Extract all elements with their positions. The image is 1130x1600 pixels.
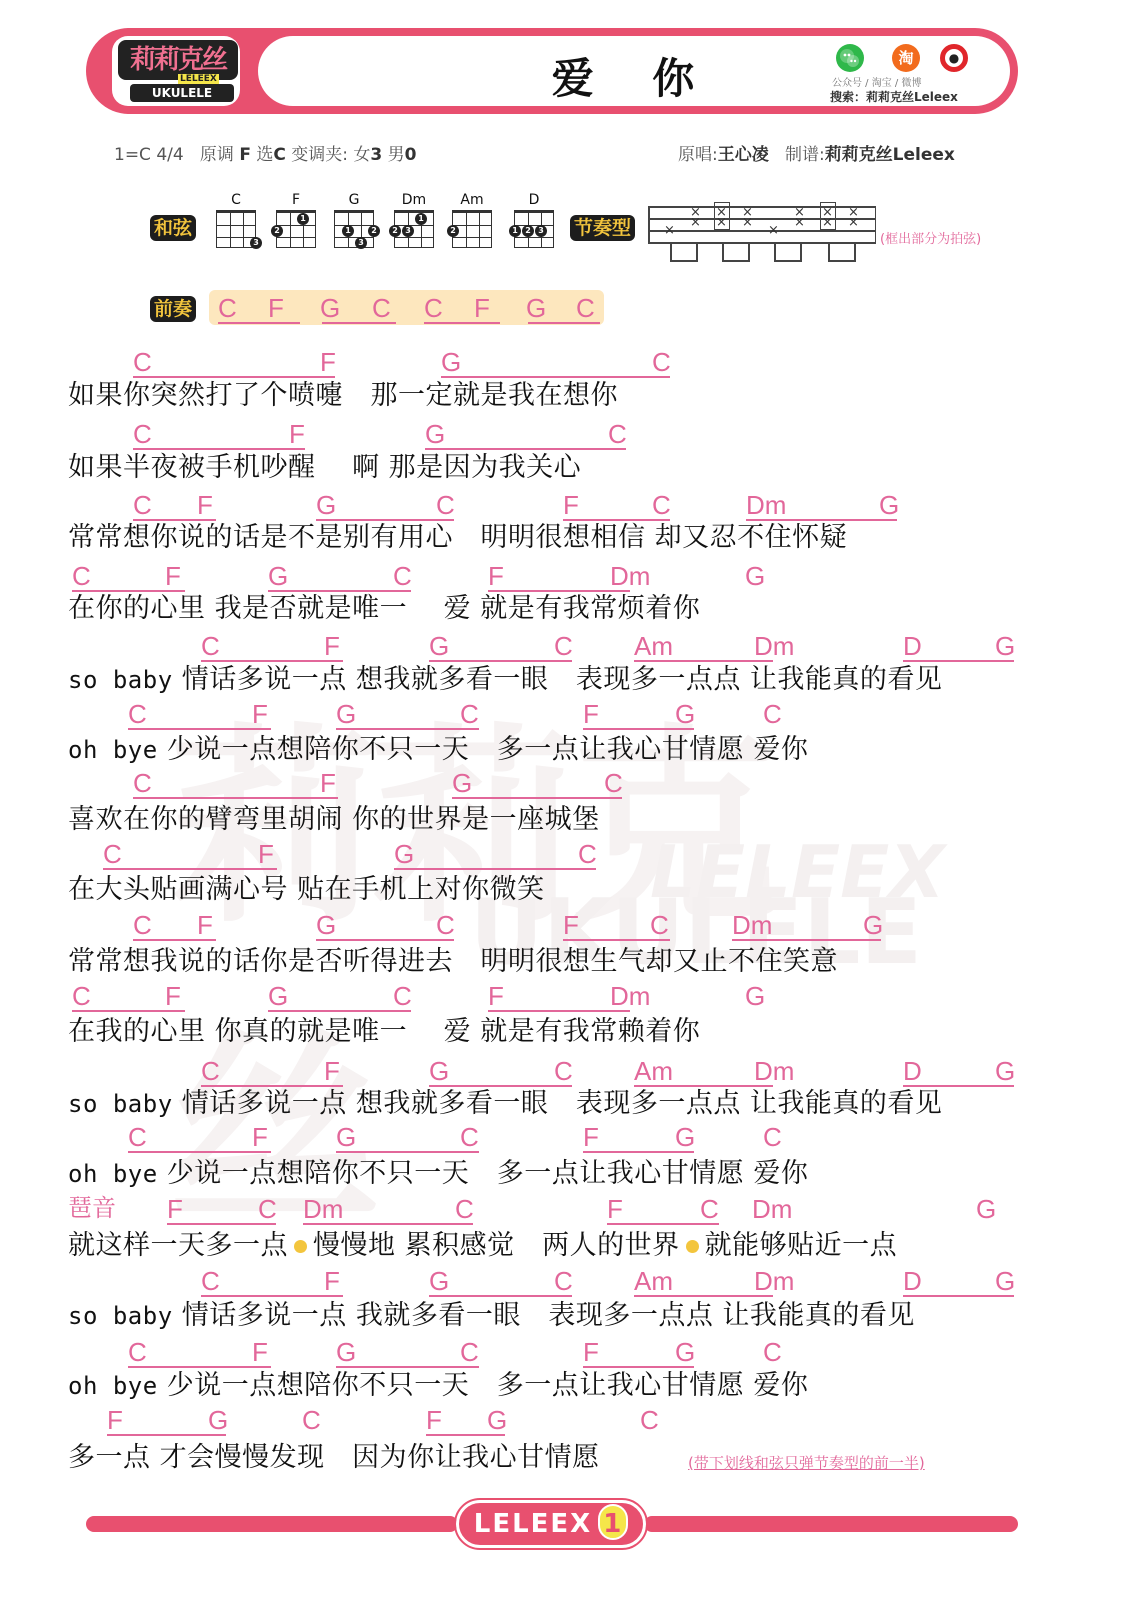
watermark-leleex: LELEEX (650, 830, 945, 914)
chord-underline (268, 590, 411, 592)
fretboard-grid: 123 (514, 210, 554, 248)
chord-underline (336, 1151, 479, 1153)
chord-underline (268, 1010, 411, 1012)
arranger-label: 制谱: (785, 145, 825, 165)
lyric-english: so baby (68, 666, 173, 694)
chord-symbol: G (316, 491, 336, 519)
chord-underline (316, 939, 454, 941)
chord-symbol: F (583, 1338, 599, 1366)
chord-symbol: C (128, 700, 147, 728)
chord-diagram-dm: Dm231 (392, 192, 436, 252)
chord-symbol: C (604, 769, 623, 797)
chord-underline (634, 1295, 773, 1297)
breath-dot-icon (686, 1240, 699, 1253)
chord-symbol: G (268, 562, 288, 590)
lyric-chinese: 在你的心里 我是否就是唯一 爱 就是有我常烦着你 (68, 593, 700, 624)
chord-underline (746, 519, 897, 521)
capo-label: 变调夹: 女 (291, 145, 370, 165)
finger-dot: 1 (342, 225, 354, 237)
chord-underline (336, 1366, 479, 1368)
intro-tag: 前奏 (150, 296, 196, 322)
chord-underline (583, 1151, 694, 1153)
chord-underline (583, 1366, 694, 1368)
chord-diagram-am: Am2 (450, 192, 494, 252)
search-hint: 搜索：莉莉克丝Leleex (830, 88, 958, 105)
chord-name: C (214, 192, 258, 208)
lyric-line: 就这样一天多一点慢慢地 累积感觉 两人的世界就能够贴近一点 (68, 1230, 897, 1262)
intro-chord: G (320, 294, 340, 322)
chord-name: Am (450, 192, 494, 208)
intro-chord: C (372, 294, 391, 322)
chord-underline (303, 1223, 473, 1225)
chord-underline (441, 376, 670, 378)
intro-chord: F (474, 294, 490, 322)
finger-dot: 3 (535, 225, 547, 237)
credits: 原唱:王心凌 制谱:莉莉克丝Leleex (678, 140, 955, 165)
taobao-icon: 淘 (892, 44, 920, 72)
chord-symbol: G (675, 1123, 695, 1151)
chord-symbol: G (429, 1267, 449, 1295)
lyric-chinese: 少说一点想陪你不只一天 多一点让我心甘情愿 爱你 (167, 1370, 809, 1401)
fretboard-grid: 21 (276, 210, 316, 248)
chord-underline (316, 519, 454, 521)
chord-symbol: C (72, 982, 91, 1010)
chord-symbol: F (488, 982, 504, 1010)
chord-underline (528, 322, 600, 324)
chord-symbol: F (320, 348, 336, 376)
chord-symbol: F (583, 1123, 599, 1151)
lyric-english: oh bye (68, 1372, 158, 1400)
intro-chord: F (268, 294, 284, 322)
logo-ukulele-text: UKULELE (130, 84, 234, 102)
chord-symbol: F (165, 562, 181, 590)
chord-symbol: F (167, 1195, 183, 1223)
chord-symbol: G (452, 769, 472, 797)
chord-underline (452, 797, 622, 799)
chord-symbol: C (554, 1057, 573, 1085)
chord-symbol: Dm (752, 1195, 792, 1223)
lyric-english: so baby (68, 1090, 173, 1118)
chord-underline (133, 519, 216, 521)
chord-symbol: G (879, 491, 899, 519)
social-links: 淘 ● 公众号 / 淘宝 / 微博 搜索：莉莉克丝Leleex (828, 42, 978, 106)
intro-chord: G (526, 294, 546, 322)
chord-symbol: C (455, 1195, 474, 1223)
intro-chord: C (218, 294, 237, 322)
chord-symbol: C (201, 632, 220, 660)
chord-underline (128, 1151, 271, 1153)
chord-symbol: C (133, 420, 152, 448)
chord-symbol: C (128, 1338, 147, 1366)
singer-label: 原唱: (678, 145, 718, 165)
chord-underline (488, 590, 630, 592)
page-badge: LELEEX1 (456, 1500, 646, 1548)
chord-symbol: Dm (746, 491, 786, 519)
chord-symbol: G (208, 1406, 228, 1434)
capo-female: 3 (370, 145, 382, 165)
singer: 王心凌 (718, 145, 769, 165)
chord-symbol: G (336, 1123, 356, 1151)
chord-symbol: F (107, 1406, 123, 1434)
page-number: 1 (598, 1504, 628, 1540)
chord-diagram-g: G123 (332, 192, 376, 252)
chord-symbol: G (976, 1195, 996, 1223)
chord-symbol: C (460, 700, 479, 728)
chord-symbol: C (201, 1267, 220, 1295)
lyric-line: oh bye 少说一点想陪你不只一天 多一点让我心甘情愿 爱你 (68, 1370, 808, 1402)
chords-tag: 和弦 (150, 215, 196, 241)
capo-male: 0 (405, 145, 417, 165)
chord-symbol: Dm (754, 632, 794, 660)
finger-dot: 1 (297, 213, 309, 225)
chord-underline (903, 1295, 1014, 1297)
finger-dot: 1 (415, 213, 427, 225)
capo-male-label: 男 (388, 145, 405, 165)
chord-symbol: C (133, 348, 152, 376)
chord-underline (72, 1010, 185, 1012)
wechat-icon (836, 44, 864, 72)
lyric-line: oh bye 少说一点想陪你不只一天 多一点让我心甘情愿 爱你 (68, 734, 808, 766)
key-info: 1=C 4/4 原调 F 选C 变调夹: 女3 男0 (114, 140, 416, 165)
chord-symbol: C (302, 1406, 321, 1434)
chord-symbol: G (675, 700, 695, 728)
chord-symbol: C (650, 911, 669, 939)
chord-symbol: C (763, 1123, 782, 1151)
lyric-chinese: 少说一点想陪你不只一天 多一点让我心甘情愿 爱你 (167, 1158, 809, 1189)
chord-symbol: G (745, 982, 765, 1010)
finger-dot: 2 (447, 225, 459, 237)
lyric-english: oh bye (68, 736, 158, 764)
chord-symbol: F (563, 911, 579, 939)
fretboard-grid: 3 (216, 210, 256, 248)
chord-underline (133, 939, 216, 941)
chord-symbol: F (324, 632, 340, 660)
lyric-line: 如果半夜被手机吵醒 啊 那是因为我关心 (68, 452, 581, 484)
chord-symbol: C (133, 911, 152, 939)
arranger: 莉莉克丝Leleex (825, 145, 955, 165)
arpeggio-marker: 琶音 (68, 1195, 116, 1223)
chord-symbol: C (554, 1267, 573, 1295)
chord-underline (425, 448, 626, 450)
chord-symbol: G (863, 911, 883, 939)
finger-dot: 2 (389, 225, 401, 237)
chord-symbol: C (258, 1195, 277, 1223)
chord-underline (634, 660, 773, 662)
lyric-line: 在你的心里 我是否就是唯一 爱 就是有我常烦着你 (68, 593, 700, 625)
chord-underline (133, 797, 338, 799)
chord-symbol: Am (634, 1057, 673, 1085)
lyric-part: 就能够贴近一点 (705, 1230, 898, 1261)
chord-symbol: Dm (303, 1195, 343, 1223)
lyric-line: so baby 情话多说一点 想我就多看一眼 表现多一点点 让我能真的看见 (68, 664, 942, 696)
chord-underline (429, 660, 572, 662)
original-key-label: 原调 (200, 145, 234, 165)
chord-symbol: F (426, 1406, 442, 1434)
brand-logo: 莉莉克丝 LELEEX UKULELE (112, 36, 240, 106)
chord-underline (488, 1010, 630, 1012)
chord-symbol: F (252, 700, 268, 728)
chord-symbol: Dm (732, 911, 772, 939)
chord-symbol: Am (634, 1267, 673, 1295)
chord-symbol: F (165, 982, 181, 1010)
finger-dot: 2 (522, 225, 534, 237)
breath-dot-icon (294, 1240, 307, 1253)
chord-symbol: D (903, 1267, 922, 1295)
lyric-line: oh bye 少说一点想陪你不只一天 多一点让我心甘情愿 爱你 (68, 1158, 808, 1190)
chord-symbol: F (252, 1338, 268, 1366)
fretboard-grid: 231 (394, 210, 434, 248)
finger-dot: 1 (509, 225, 521, 237)
chord-symbol: G (995, 1057, 1015, 1085)
lyric-chinese: 在大头贴画满心号 贴在手机上对你微笑 (68, 874, 545, 905)
chord-symbol: F (583, 700, 599, 728)
lyric-part: 就这样一天多一点 (68, 1230, 288, 1261)
chord-name: Dm (392, 192, 436, 208)
chord-symbol: G (429, 1057, 449, 1085)
chord-symbol: F (258, 840, 274, 868)
chord-name: D (512, 192, 556, 208)
lyric-english: so baby (68, 1302, 173, 1330)
chord-underline (218, 322, 300, 324)
chord-underline (322, 322, 396, 324)
footnote: (带下划线和弦只弹节奏型的前一半) (688, 1452, 925, 1473)
rhythm-tag: 节奏型 (570, 215, 635, 241)
finger-dot: 2 (271, 225, 283, 237)
chord-underline (167, 1223, 276, 1225)
chord-symbol: G (441, 348, 461, 376)
chord-symbol: G (745, 562, 765, 590)
chord-symbol: C (554, 632, 573, 660)
chord-symbol: C (103, 840, 122, 868)
chord-symbol: C (763, 700, 782, 728)
chosen-key-label: 选 (256, 145, 273, 165)
chord-underline (201, 1085, 343, 1087)
social-labels: 公众号 / 淘宝 / 微博 (832, 74, 921, 89)
chord-underline (133, 376, 335, 378)
chord-underline (128, 1366, 271, 1368)
chord-symbol: F (324, 1057, 340, 1085)
chosen-key: C (273, 145, 285, 165)
fretboard-grid: 123 (334, 210, 374, 248)
chord-underline (133, 448, 305, 450)
footer-bar-left (86, 1516, 458, 1532)
chord-symbol: C (652, 348, 671, 376)
chord-underline (903, 1085, 1014, 1087)
lyric-line: 多一点 才会慢慢发现 因为你让我心甘情愿 (68, 1442, 600, 1474)
chord-underline (201, 1295, 343, 1297)
lyric-chinese: 如果半夜被手机吵醒 啊 那是因为我关心 (68, 452, 581, 483)
chord-symbol: Dm (754, 1267, 794, 1295)
chord-symbol: F (197, 911, 213, 939)
chord-symbol: D (903, 1057, 922, 1085)
lyric-line: 常常想我说的话你是否听得进去 明明很想生气却又止不住笑意 (68, 946, 838, 978)
finger-dot: 2 (368, 225, 380, 237)
chord-symbol: Dm (610, 982, 650, 1010)
chord-underline (128, 728, 271, 730)
chord-underline (103, 868, 277, 870)
chord-symbol: F (563, 491, 579, 519)
chord-symbol: G (394, 840, 414, 868)
key-signature: 1=C 4/4 (114, 145, 184, 165)
lyric-line: so baby 情话多说一点 我就多看一眼 表现多一点点 让我能真的看见 (68, 1300, 915, 1332)
chord-symbol: C (640, 1406, 659, 1434)
chord-symbol: C (700, 1195, 719, 1223)
lyric-chinese: 常常想我说的话你是否听得进去 明明很想生气却又止不住笑意 (68, 946, 838, 977)
chord-symbol: G (429, 632, 449, 660)
chord-symbol: C (460, 1338, 479, 1366)
lyric-chinese: 在我的心里 你真的就是唯一 爱 就是有我常赖着你 (68, 1016, 700, 1047)
lyric-chinese: 喜欢在你的臂弯里胡闹 你的世界是一座城堡 (68, 804, 600, 835)
chord-symbol: D (903, 632, 922, 660)
lyric-line: 如果你突然打了个喷嚏 那一定就是我在想你 (68, 380, 618, 412)
rhythm-note: (框出部分为拍弦) (880, 228, 981, 247)
chord-symbol: G (268, 982, 288, 1010)
chord-underline (583, 728, 694, 730)
header-banner: 莉莉克丝 LELEEX UKULELE 爱 你 淘 ● 公众号 / 淘宝 / 微… (86, 28, 1018, 114)
chord-name: G (332, 192, 376, 208)
chord-symbol: C (72, 562, 91, 590)
chord-underline (903, 660, 1014, 662)
rhythm-pattern: × ×× ×× ×× × ×× ×× ×× (648, 206, 876, 264)
chord-diagram-f: F21 (274, 192, 318, 252)
footer-bar-right (644, 1516, 1018, 1532)
chord-underline (563, 939, 670, 941)
chord-symbol: G (316, 911, 336, 939)
chord-symbol: C (393, 562, 412, 590)
chord-underline (429, 1295, 572, 1297)
chord-underline (563, 519, 670, 521)
chord-symbol: F (252, 1123, 268, 1151)
chord-symbol: F (197, 491, 213, 519)
chord-underline (201, 660, 343, 662)
chord-symbol: C (201, 1057, 220, 1085)
chord-symbol: C (608, 420, 627, 448)
lyric-line: 在大头贴画满心号 贴在手机上对你微笑 (68, 874, 545, 906)
badge-text: LELEEX (474, 1509, 592, 1539)
chord-symbol: C (133, 769, 152, 797)
lyric-chinese: 多一点 才会慢慢发现 因为你让我心甘情愿 (68, 1442, 600, 1473)
chord-symbol: C (578, 840, 597, 868)
chord-symbol: G (425, 420, 445, 448)
chord-underline (336, 728, 479, 730)
chord-symbol: F (488, 562, 504, 590)
chord-symbol: G (336, 1338, 356, 1366)
chord-underline (107, 1434, 226, 1436)
finger-dot: 3 (250, 237, 262, 249)
lyric-chinese: 情话多说一点 想我就多看一眼 表现多一点点 让我能真的看见 (182, 1088, 943, 1119)
chord-underline (424, 322, 500, 324)
lyric-chinese: 少说一点想陪你不只一天 多一点让我心甘情愿 爱你 (167, 734, 809, 765)
lyric-chinese: 如果你突然打了个喷嚏 那一定就是我在想你 (68, 380, 618, 411)
chord-underline (426, 1434, 505, 1436)
logo-leleex-text: LELEEX (178, 74, 219, 84)
chord-symbol: G (995, 1267, 1015, 1295)
chord-symbol: G (675, 1338, 695, 1366)
intro-chord: C (424, 294, 443, 322)
chord-symbol: F (324, 1267, 340, 1295)
lyric-chinese: 情话多说一点 我就多看一眼 表现多一点点 让我能真的看见 (182, 1300, 915, 1331)
intro-chord: C (576, 294, 595, 322)
chord-symbol: Dm (610, 562, 650, 590)
lyric-line: 在我的心里 你真的就是唯一 爱 就是有我常赖着你 (68, 1016, 700, 1048)
original-key: F (239, 145, 251, 165)
chord-symbol: C (128, 1123, 147, 1151)
chord-symbol: C (763, 1338, 782, 1366)
chord-symbol: C (133, 491, 152, 519)
lyric-english: oh bye (68, 1160, 158, 1188)
chord-symbol: F (289, 420, 305, 448)
chord-symbol: G (487, 1406, 507, 1434)
chord-underline (732, 939, 881, 941)
fretboard-grid: 2 (452, 210, 492, 248)
lyric-line: so baby 情话多说一点 想我就多看一眼 表现多一点点 让我能真的看见 (68, 1088, 942, 1120)
chord-symbol: Am (634, 632, 673, 660)
chord-symbol: C (460, 1123, 479, 1151)
chord-symbol: G (336, 700, 356, 728)
lyric-part: 慢慢地 累积感觉 两人的世界 (313, 1230, 680, 1261)
title-panel: 爱 你 淘 ● 公众号 / 淘宝 / 微博 搜索：莉莉克丝Leleex (258, 36, 1010, 106)
chord-diagram-c: C3 (214, 192, 258, 252)
finger-dot: 3 (402, 225, 414, 237)
chord-underline (394, 868, 596, 870)
chord-symbol: F (320, 769, 336, 797)
chord-symbol: C (436, 491, 455, 519)
chord-underline (607, 1223, 719, 1225)
chord-underline (634, 1085, 773, 1087)
finger-dot: 3 (355, 237, 367, 249)
lyric-chinese: 常常想你说的话是不是别有用心 明明很想相信 却又忍不住怀疑 (68, 522, 847, 553)
chord-symbol: Dm (754, 1057, 794, 1085)
chord-name: F (274, 192, 318, 208)
lyric-line: 喜欢在你的臂弯里胡闹 你的世界是一座城堡 (68, 804, 600, 836)
chord-symbol: C (652, 491, 671, 519)
weibo-icon: ● (940, 44, 968, 72)
chord-underline (429, 1085, 572, 1087)
chord-symbol: F (607, 1195, 623, 1223)
lyric-chinese: 情话多说一点 想我就多看一眼 表现多一点点 让我能真的看见 (182, 664, 943, 695)
chord-symbol: C (436, 911, 455, 939)
chord-underline (72, 590, 185, 592)
chord-symbol: G (995, 632, 1015, 660)
lyric-line: 常常想你说的话是不是别有用心 明明很想相信 却又忍不住怀疑 (68, 522, 847, 554)
chord-symbol: C (393, 982, 412, 1010)
chord-diagram-d: D123 (512, 192, 556, 252)
